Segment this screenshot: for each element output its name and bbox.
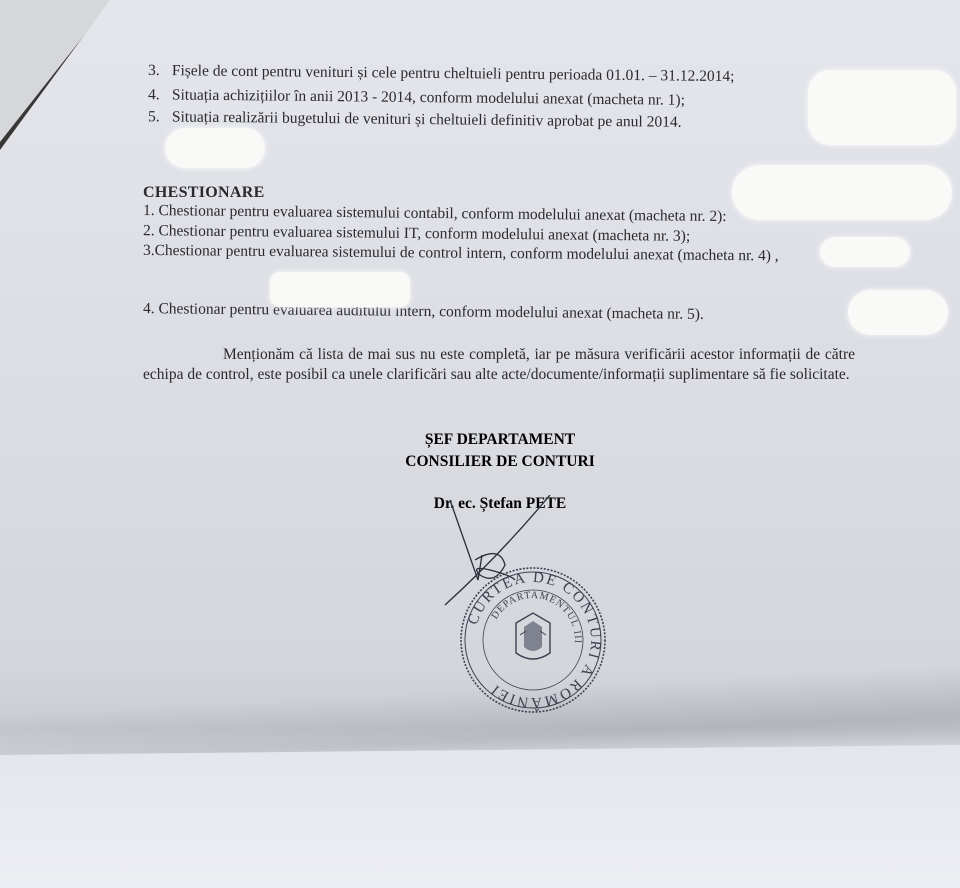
lower-sheet [0, 745, 960, 888]
handwritten-signature [430, 495, 590, 615]
section-heading: CHESTIONARE [143, 183, 265, 202]
list-number: 4. [148, 85, 168, 104]
signature-title-1: ȘEF DEPARTAMENT [330, 431, 670, 449]
closing-paragraph: Menționăm că lista de mai sus nu este co… [143, 345, 855, 385]
redaction-patch [820, 237, 910, 267]
coat-of-arms-icon [516, 613, 550, 659]
redaction-patch [165, 128, 265, 168]
list-number: 3. [148, 61, 168, 80]
redaction-patch [848, 290, 948, 335]
redaction-patch [732, 165, 952, 220]
redaction-patch [808, 70, 956, 145]
list-number: 5. [148, 107, 168, 126]
signature-title-2: CONSILIER DE CONTURI [330, 453, 670, 471]
redaction-patch [270, 272, 410, 307]
